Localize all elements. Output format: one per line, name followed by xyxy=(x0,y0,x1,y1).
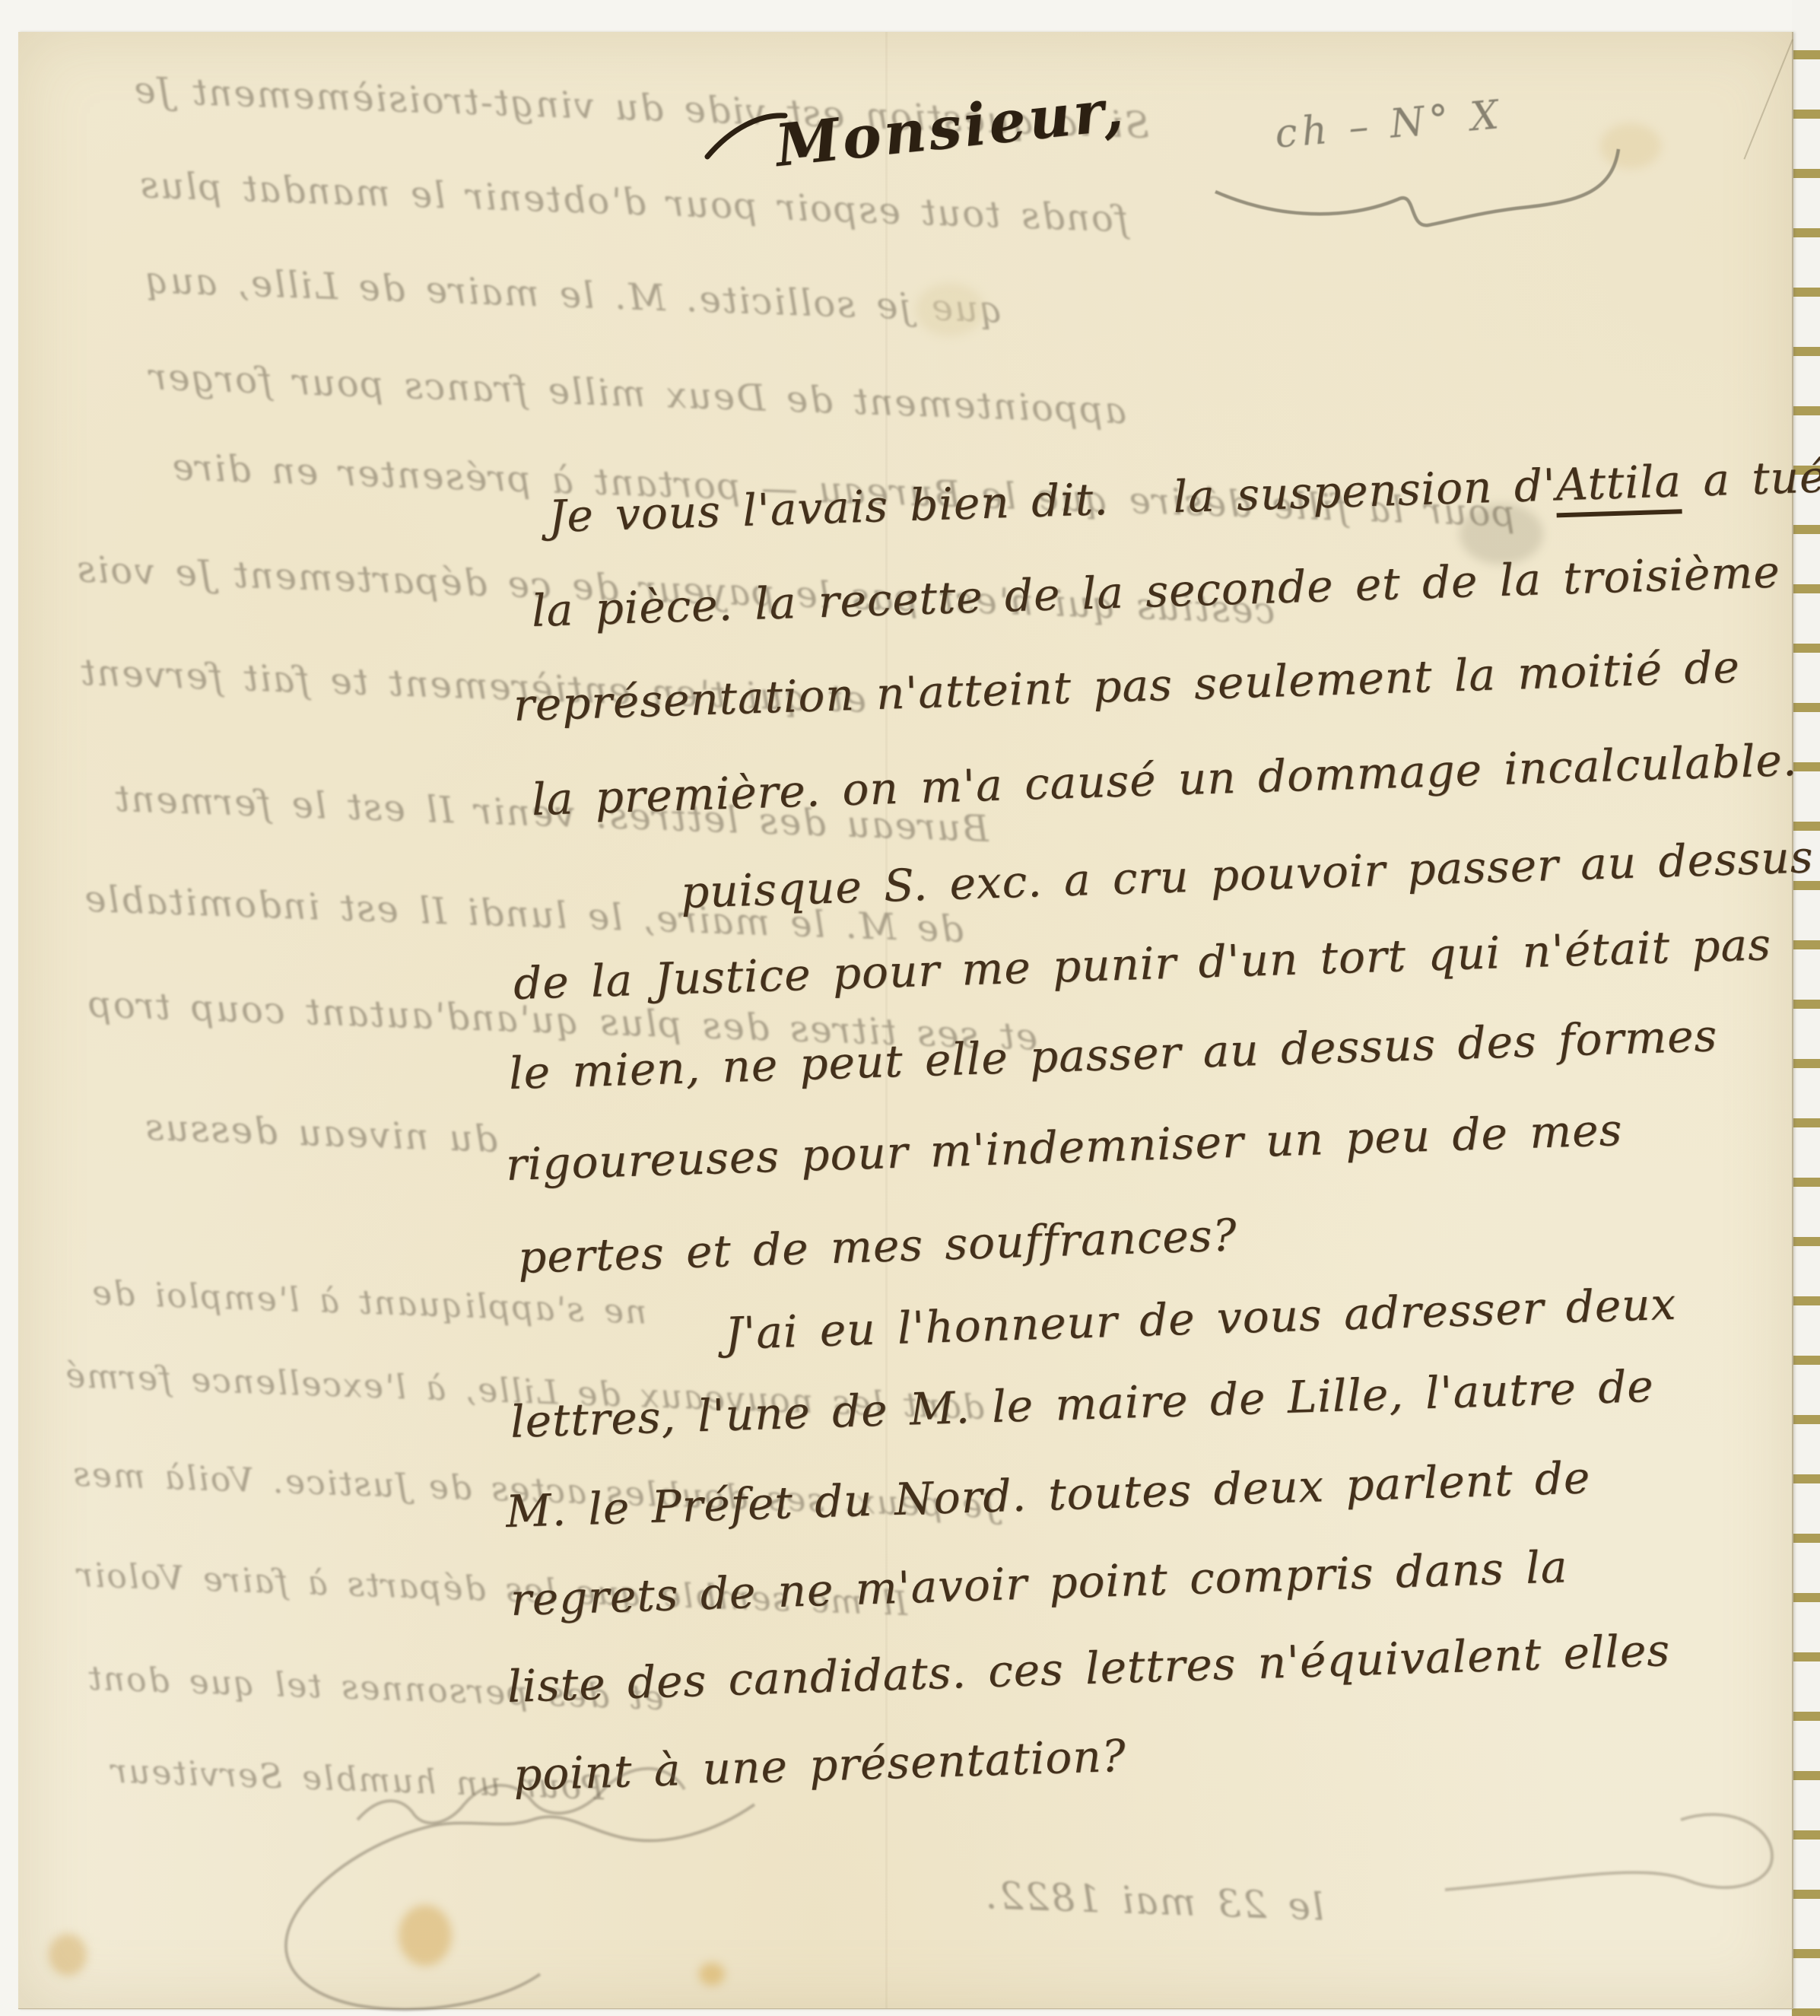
pencil-annotation: ch – N° X xyxy=(1273,92,1505,157)
foxing-spot xyxy=(399,1905,452,1966)
letter-scan: Si la question est vide du vingt-troisiè… xyxy=(0,0,1820,2016)
foxing-spot xyxy=(699,1963,725,1986)
paper-stain xyxy=(1600,123,1661,169)
body-line: M. le Préfet du Nord. toutes deux parlen… xyxy=(505,1455,1591,1534)
body-line: représentation n'atteint pas seulement l… xyxy=(513,644,1740,727)
body-line: lettres, l'une de M. le maire de Lille, … xyxy=(510,1364,1654,1444)
body-line: puisque S. exc. a cru pouvoir passer au … xyxy=(680,835,1814,914)
ink-smudge-stain xyxy=(1459,504,1543,564)
foxing-spot xyxy=(49,1934,87,1976)
bleedthrough-line: fonds tout espoir pour d'obtenir le mand… xyxy=(138,164,1129,240)
paper-stain xyxy=(916,283,984,336)
body-line: pertes et de mes souffrances? xyxy=(517,1213,1237,1280)
body-line: J'ai eu l'honneur de vous adresser deux xyxy=(724,1282,1677,1356)
bleedthrough-line: appointement de Deux mille francs pour f… xyxy=(147,356,1127,433)
bleedthrough-line: du niveau dessus xyxy=(143,1106,498,1161)
attila-underlined: Attila xyxy=(1555,455,1683,517)
page-corner-fold xyxy=(1743,39,1793,159)
body-line: rigoureuses pour m'indemniser un peu de … xyxy=(505,1108,1623,1187)
body-line: la première. on m'a causé un dommage inc… xyxy=(531,738,1798,822)
body-line-text: a tué xyxy=(1681,450,1820,507)
body-line: liste des candidats. ces lettres n'équiv… xyxy=(507,1628,1671,1709)
bleedthrough-line: que je sollicite. M. le maire de Lille, … xyxy=(143,259,1003,331)
bleedthrough-line: ne s'appliquant à l'emploi de xyxy=(90,1274,647,1332)
letter-paper: Si la question est vide du vingt-troisiè… xyxy=(18,32,1793,2009)
bleedthrough-date: le 23 mai 1822. xyxy=(983,1873,1325,1929)
body-line: point à une présentation? xyxy=(513,1734,1126,1797)
body-line: regrets de ne m'avoir point compris dans… xyxy=(510,1544,1568,1622)
binding-stitches xyxy=(1792,0,1820,2016)
